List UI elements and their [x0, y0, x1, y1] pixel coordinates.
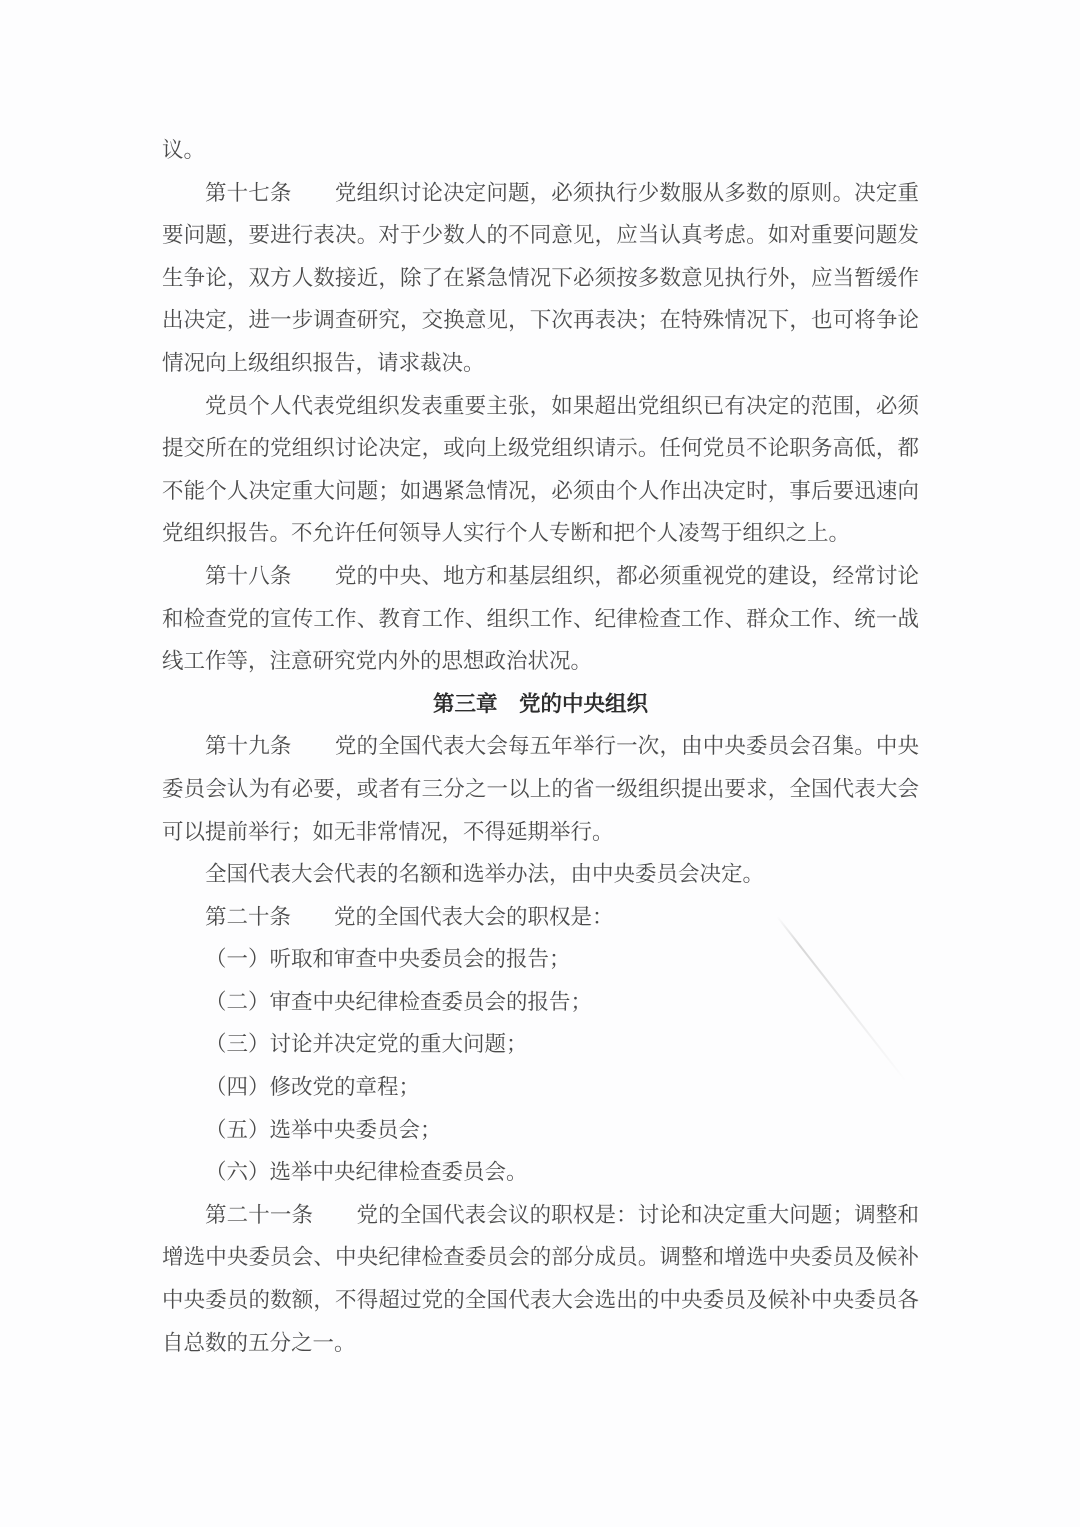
chapter-3-heading: 第三章 党的中央组织 — [162, 683, 919, 726]
paragraph-continuation: 议。 — [162, 129, 919, 172]
article-21-paragraph: 第二十一条 党的全国代表会议的职权是：讨论和决定重大问题；调整和增选中央委员会、… — [162, 1194, 919, 1364]
article-20-item-4: （四）修改党的章程； — [162, 1066, 919, 1109]
article-20-item-2: （二）审查中央纪律检查委员会的报告； — [162, 981, 919, 1024]
document-page: 议。 第十七条 党组织讨论决定问题，必须执行少数服从多数的原则。决定重要问题，要… — [0, 0, 1080, 1527]
article-20-item-3: （三）讨论并决定党的重大问题； — [162, 1023, 919, 1066]
article-20-item-6: （六）选举中央纪律检查委员会。 — [162, 1151, 919, 1194]
article-19-paragraph-2: 全国代表大会代表的名额和选举办法，由中央委员会决定。 — [162, 853, 919, 896]
article-19-paragraph: 第十九条 党的全国代表大会每五年举行一次，由中央委员会召集。中央委员会认为有必要… — [162, 725, 919, 853]
article-20-item-1: （一）听取和审查中央委员会的报告； — [162, 938, 919, 981]
article-17-paragraph: 第十七条 党组织讨论决定问题，必须执行少数服从多数的原则。决定重要问题，要进行表… — [162, 172, 919, 385]
article-20-item-5: （五）选举中央委员会； — [162, 1109, 919, 1152]
article-18-paragraph: 第十八条 党的中央、地方和基层组织，都必须重视党的建设，经常讨论和检查党的宣传工… — [162, 555, 919, 683]
article-17-paragraph-2: 党员个人代表党组织发表重要主张，如果超出党组织已有决定的范围，必须提交所在的党组… — [162, 385, 919, 555]
article-20-paragraph: 第二十条 党的全国代表大会的职权是： — [162, 896, 919, 939]
document-content: 议。 第十七条 党组织讨论决定问题，必须执行少数服从多数的原则。决定重要问题，要… — [162, 129, 919, 1364]
